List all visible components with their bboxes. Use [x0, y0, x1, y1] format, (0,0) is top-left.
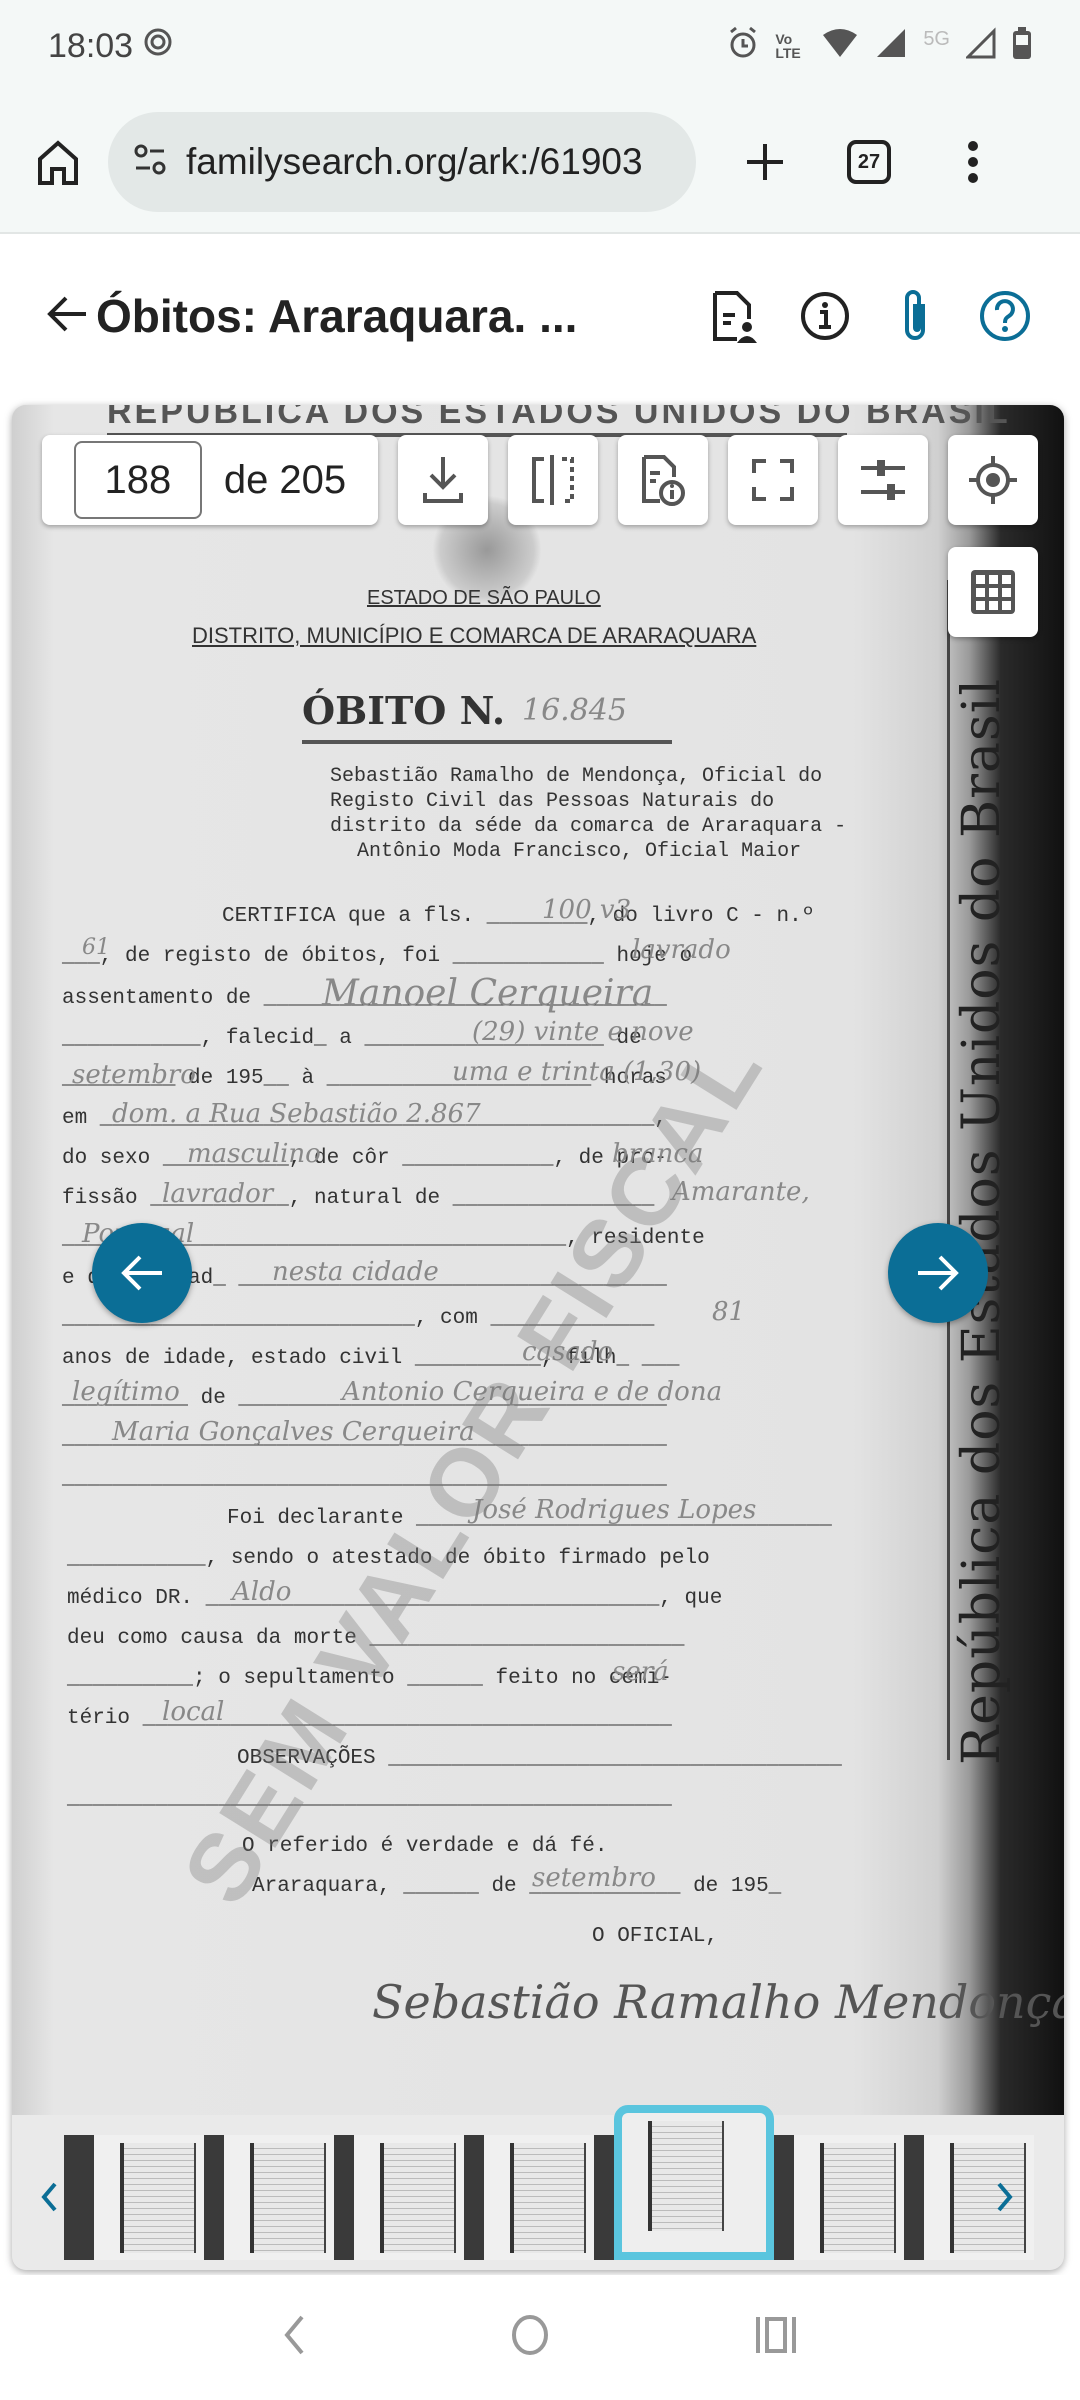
system-recents-button[interactable] — [754, 2315, 798, 2360]
form-line: CERTIFICA que a fls. ________, do livro … — [222, 905, 814, 928]
back-button[interactable] — [46, 292, 90, 341]
info-button[interactable] — [796, 287, 854, 345]
officer-line-2: Registo Civil das Pessoas Naturais do — [330, 790, 774, 813]
status-bar: 18:03 Vo LTE 5G — [0, 0, 1080, 92]
attach-button[interactable] — [886, 287, 944, 345]
thumbnail[interactable] — [794, 2135, 904, 2260]
filmstrip-next-button[interactable] — [990, 2177, 1020, 2217]
arrow-right-icon — [916, 1253, 960, 1293]
focus-icon — [143, 27, 173, 66]
hw-residence: nesta cidade — [272, 1257, 439, 1287]
hw-profession: lavrador — [162, 1179, 273, 1209]
system-home-button[interactable] — [510, 2313, 550, 2362]
hw-filiation: legítimo — [72, 1377, 180, 1407]
thumbnail[interactable] — [224, 2135, 334, 2260]
hw-livro: 61 — [82, 935, 110, 960]
officer-line-3: distrito da séde da comarca de Araraquar… — [330, 815, 846, 838]
tab-count: 27 — [847, 140, 891, 184]
hw-mother: Maria Gonçalves Cerqueira — [112, 1417, 475, 1447]
page-total: de 205 — [224, 458, 346, 503]
new-tab-button[interactable] — [730, 127, 800, 197]
hw-burial: será — [612, 1657, 669, 1687]
arrow-left-icon — [46, 292, 90, 336]
locate-icon — [967, 454, 1019, 506]
thumbnail[interactable] — [94, 2135, 204, 2260]
compare-button[interactable] — [508, 435, 598, 525]
tab-switcher-button[interactable]: 27 — [834, 127, 904, 197]
thumbnail[interactable] — [484, 2135, 594, 2260]
form-line: O OFICIAL, — [592, 1925, 718, 1948]
hw-sex: masculino — [187, 1139, 321, 1169]
home-icon — [36, 139, 80, 185]
arrow-left-icon — [120, 1253, 164, 1293]
volte-icon: Vo LTE — [775, 32, 805, 60]
site-settings-icon[interactable] — [132, 142, 168, 183]
fullscreen-button[interactable] — [728, 435, 818, 525]
thumbnail-selected[interactable] — [614, 2105, 774, 2260]
next-image-button[interactable] — [888, 1223, 988, 1323]
battery-icon — [1012, 26, 1032, 66]
image-info-button[interactable] — [618, 435, 708, 525]
clock: 18:03 — [48, 27, 133, 66]
officer-line-4: Antônio Moda Francisco, Oficial Maior — [357, 840, 801, 863]
filmstrip[interactable] — [12, 2115, 1064, 2270]
page-number-input[interactable] — [74, 441, 202, 519]
browser-menu-button[interactable] — [938, 127, 1008, 197]
download-icon — [421, 455, 465, 505]
signal-icon — [875, 27, 907, 65]
hw-name: Manoel Cerqueira — [322, 973, 653, 1014]
back-icon — [282, 2315, 306, 2355]
doc-state: ESTADO DE SÃO PAULO — [367, 587, 601, 610]
url-text[interactable]: familysearch.org/ark:/61903 — [186, 141, 643, 183]
document-person-icon — [711, 289, 759, 343]
image-viewer[interactable]: REPÚBLICA DOS ESTADOS UNIDOS DO BRASIL E… — [12, 405, 1064, 2270]
form-line: Araraquara, ______ de ____________ de 19… — [252, 1875, 781, 1898]
chevron-left-icon — [41, 2182, 57, 2212]
filmstrip-track — [64, 2135, 1014, 2260]
hw-signature: Sebastião Ramalho Mendonça — [372, 1975, 1064, 2029]
recents-icon — [754, 2315, 798, 2355]
info-icon — [799, 290, 851, 342]
plus-icon — [745, 142, 785, 182]
grid-view-button[interactable] — [948, 547, 1038, 637]
system-navigation — [0, 2275, 1080, 2400]
form-line: ___, de registo de óbitos, foi _________… — [62, 945, 692, 968]
form-line: do sexo __________, de côr ____________,… — [62, 1147, 667, 1170]
page-title: Óbitos: Araraquara. ... — [96, 289, 577, 343]
home-icon — [510, 2313, 550, 2357]
doc-top-banner: REPÚBLICA DOS ESTADOS UNIDOS DO BRASIL — [107, 405, 1011, 432]
hw-month: setembro — [72, 1060, 196, 1090]
hw-day: (29) vinte e nove — [472, 1017, 694, 1047]
hw-cemetery: local — [162, 1697, 224, 1727]
spine-text: República dos Estados Unidos do Brasil — [952, 678, 1012, 1765]
doc-district: DISTRITO, MUNICÍPIO E COMARCA DE ARARAQU… — [192, 623, 756, 649]
status-time: 18:03 — [48, 27, 173, 66]
hw-doctor: Aldo — [232, 1577, 291, 1607]
spine-border-line — [947, 580, 950, 1760]
previous-image-button[interactable] — [92, 1223, 192, 1323]
app-header: Óbitos: Araraquara. ... — [0, 236, 1080, 396]
status-icons: Vo LTE 5G — [727, 26, 1032, 66]
help-button[interactable] — [976, 287, 1034, 345]
chevron-right-icon — [997, 2182, 1013, 2212]
form-line: ________________________________________… — [67, 1787, 672, 1810]
form-line: ________________________________________… — [62, 1467, 667, 1490]
5g-label: 5G — [923, 28, 950, 51]
hw-age: 81 — [712, 1297, 745, 1327]
signal-icon-2 — [966, 27, 996, 65]
officer-line-1: Sebastião Ramalho de Mendonça, Oficial d… — [330, 765, 822, 788]
record-person-button[interactable] — [706, 287, 764, 345]
hw-place: dom. a Rua Sebastião 2.867 — [112, 1099, 481, 1129]
browser-toolbar: familysearch.org/ark:/61903 27 — [0, 92, 1080, 234]
fullscreen-icon — [750, 457, 796, 503]
download-button[interactable] — [398, 435, 488, 525]
obito-number: 16.845 — [522, 693, 627, 728]
system-back-button[interactable] — [282, 2315, 306, 2360]
alarm-icon — [727, 26, 759, 66]
thumbnail[interactable] — [354, 2135, 464, 2260]
hw-status: lavrado — [632, 935, 731, 965]
home-button[interactable] — [28, 132, 88, 192]
filmstrip-prev-button[interactable] — [34, 2177, 64, 2217]
hw-sign-month: setembro — [532, 1863, 656, 1893]
locate-button[interactable] — [948, 435, 1038, 525]
page-navigator: de 205 — [42, 435, 378, 525]
image-info-icon — [640, 453, 686, 507]
wifi-icon — [821, 27, 859, 65]
adjust-icon — [859, 456, 907, 504]
url-bar[interactable]: familysearch.org/ark:/61903 — [108, 112, 696, 212]
compare-icon — [530, 455, 576, 505]
hw-fls: 100 v3 — [542, 895, 631, 925]
help-icon — [978, 289, 1032, 343]
grid-icon — [969, 568, 1017, 616]
form-line: fissão ___________, natural de _________… — [62, 1187, 654, 1210]
paperclip-icon — [897, 288, 933, 344]
more-vert-icon — [967, 140, 979, 184]
adjust-button[interactable] — [838, 435, 928, 525]
viewer-toolbar: de 205 — [42, 435, 1038, 525]
obito-label: ÓBITO N. — [302, 688, 505, 733]
